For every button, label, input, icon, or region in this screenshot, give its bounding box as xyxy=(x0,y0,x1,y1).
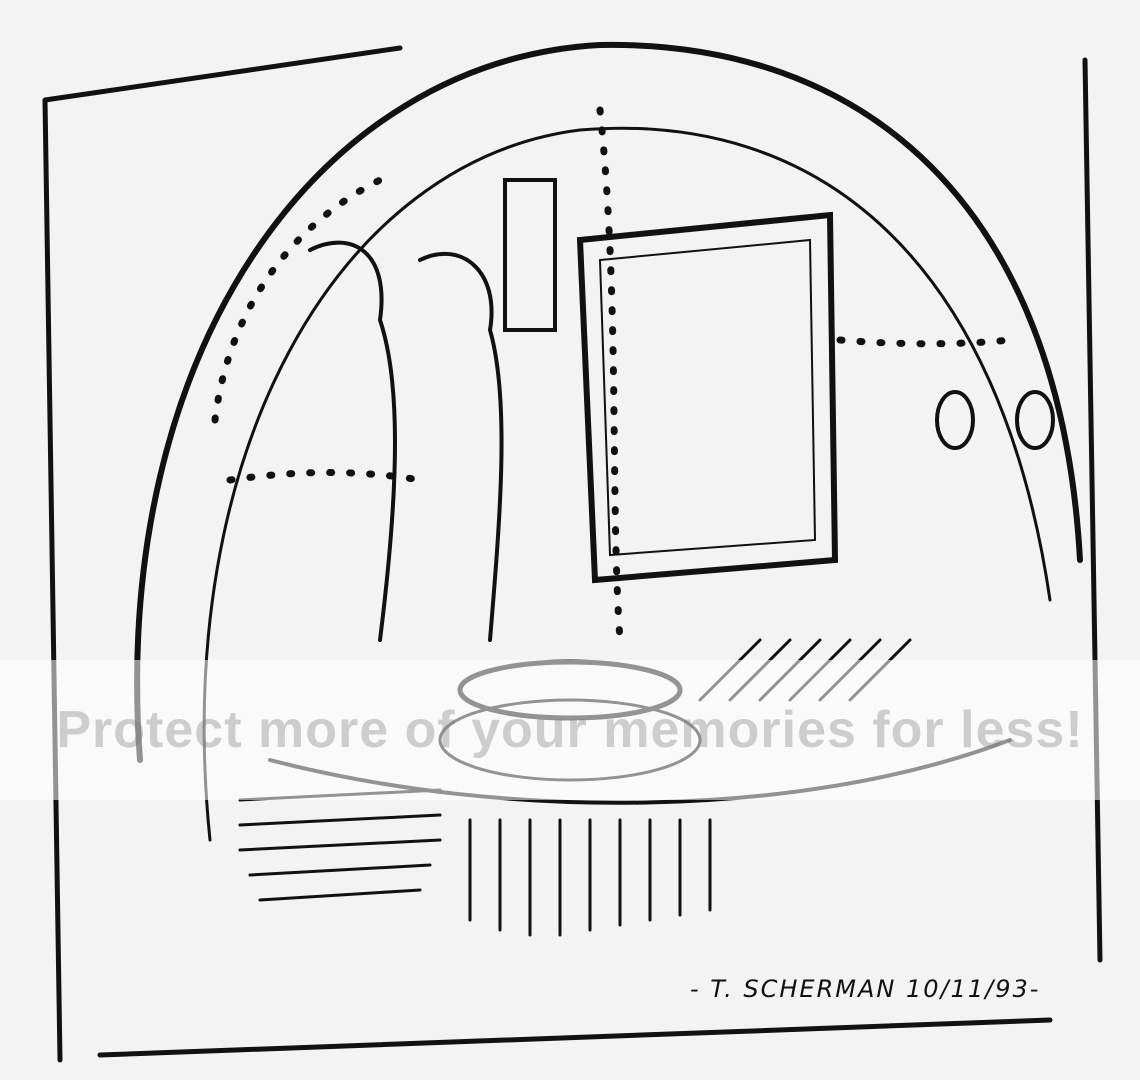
sketch-image: Protect more of your memories for less! … xyxy=(0,0,1140,1080)
artist-signature: - T. SCHERMAN 10/11/93- xyxy=(690,975,1040,1003)
watermark-text: Protect more of your memories for less! xyxy=(0,700,1140,760)
sketch-drawing xyxy=(0,0,1140,1080)
